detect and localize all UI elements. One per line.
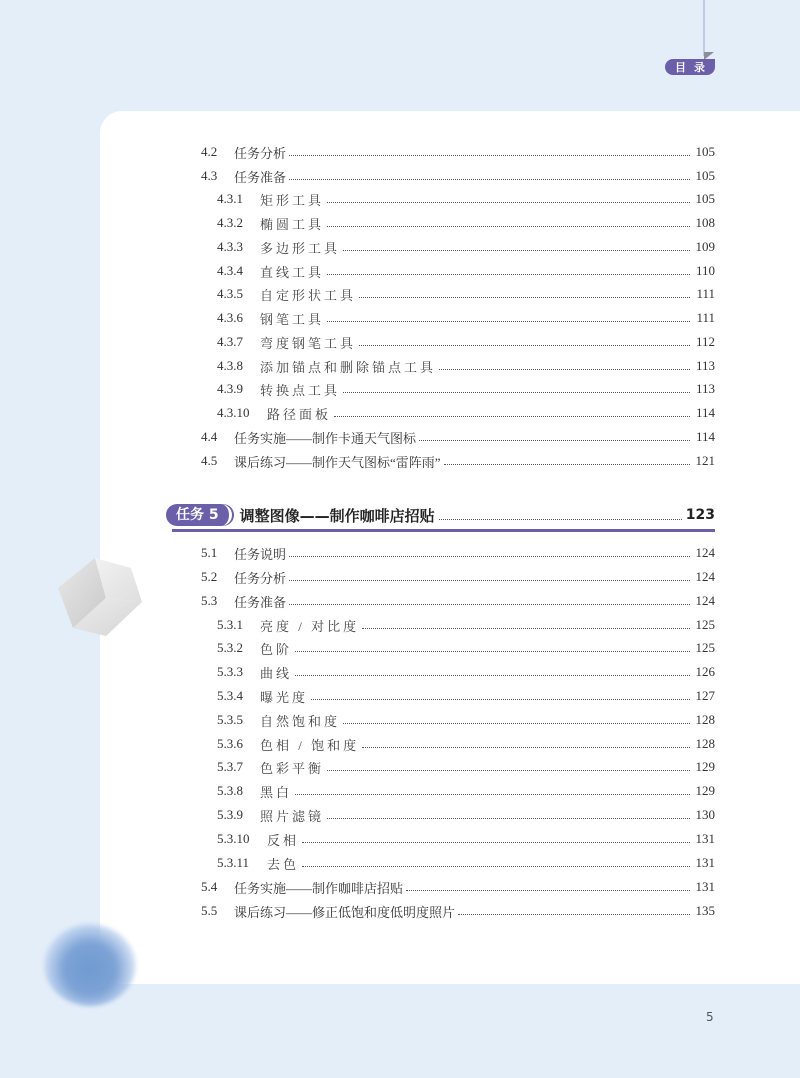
entry-number: 4.3.6 <box>217 310 260 326</box>
entry-page: 128 <box>693 736 715 752</box>
toc-entry[interactable]: 4.3.5 自定形状工具 111 <box>217 284 715 304</box>
entry-page: 124 <box>693 569 715 585</box>
entry-label: 曝光度 <box>260 687 308 706</box>
entry-number: 5.5 <box>201 903 234 919</box>
entry-page: 121 <box>693 453 715 469</box>
entry-number: 5.2 <box>201 569 234 585</box>
entry-number: 5.3.3 <box>217 664 260 680</box>
entry-label: 路径面板 <box>267 404 331 423</box>
entry-label: 多边形工具 <box>260 238 340 257</box>
entry-number: 5.3.10 <box>217 831 267 847</box>
entry-number: 5.3.7 <box>217 759 260 775</box>
toc-entry[interactable]: 5.3.2 色阶 125 <box>217 638 715 658</box>
entry-page: 113 <box>693 381 715 397</box>
toc-entry[interactable]: 5.3 任务准备 124 <box>201 591 715 611</box>
toc-entry[interactable]: 5.3.4 曝光度 127 <box>217 686 715 706</box>
entry-page: 127 <box>693 688 715 704</box>
entry-number: 5.3.11 <box>217 855 267 871</box>
entry-page: 125 <box>693 640 715 656</box>
toc-entry[interactable]: 4.3 任务准备 105 <box>201 166 715 186</box>
entry-label: 去色 <box>267 854 299 873</box>
leader-dots <box>439 519 682 520</box>
entry-number: 4.4 <box>201 429 234 445</box>
entry-page: 125 <box>693 617 715 633</box>
entry-page: 112 <box>693 334 715 350</box>
leader-dots <box>302 842 690 843</box>
entry-label: 反相 <box>267 830 299 849</box>
entry-page: 114 <box>693 405 715 421</box>
entry-number: 4.3.5 <box>217 286 260 302</box>
toc-entry[interactable]: 5.3.3 曲线 126 <box>217 662 715 682</box>
entry-number: 4.3.8 <box>217 358 260 374</box>
entry-label: 任务说明 <box>234 544 286 563</box>
toc-entry[interactable]: 5.3.11 去色 131 <box>217 853 715 873</box>
entry-label: 自定形状工具 <box>260 285 356 304</box>
entry-page: 105 <box>693 191 715 207</box>
entry-number: 5.3.1 <box>217 617 260 633</box>
chapter-underline <box>172 529 715 532</box>
entry-label: 椭圆工具 <box>260 214 324 233</box>
entry-number: 5.3.5 <box>217 712 260 728</box>
entry-page: 124 <box>693 545 715 561</box>
leader-dots <box>343 250 690 251</box>
entry-page: 110 <box>693 263 715 279</box>
entry-label: 直线工具 <box>260 262 324 281</box>
entry-number: 4.3.3 <box>217 239 260 255</box>
entry-page: 126 <box>693 664 715 680</box>
entry-page: 129 <box>693 759 715 775</box>
toc-tab-char-2: 录 <box>694 59 705 75</box>
entry-page: 105 <box>693 168 715 184</box>
leader-dots <box>343 392 690 393</box>
entry-label: 任务准备 <box>234 592 286 611</box>
entry-number: 4.3.7 <box>217 334 260 350</box>
entry-page: 108 <box>693 215 715 231</box>
leader-dots <box>334 416 690 417</box>
entry-label: 矩形工具 <box>260 190 324 209</box>
entry-page: 130 <box>693 807 715 823</box>
toc-entry[interactable]: 5.3.10 反相 131 <box>217 829 715 849</box>
chapter-heading[interactable]: 任务 5 调整图像——制作咖啡店招贴 123 <box>166 503 715 527</box>
toc-entry[interactable]: 5.3.8 黑白 129 <box>217 781 715 801</box>
entry-number: 4.5 <box>201 453 234 469</box>
entry-label: 照片滤镜 <box>260 806 324 825</box>
entry-number: 5.3.8 <box>217 783 260 799</box>
leader-dots <box>327 818 690 819</box>
toc-entry[interactable]: 4.3.4 直线工具 110 <box>217 261 715 281</box>
entry-number: 5.3.4 <box>217 688 260 704</box>
leader-dots <box>327 226 690 227</box>
cube-decoration-icon <box>56 556 146 640</box>
entry-page: 113 <box>693 358 715 374</box>
toc-entry[interactable]: 5.3.9 照片滤镜 130 <box>217 805 715 825</box>
toc-entry[interactable]: 4.4 任务实施——制作卡通天气图标 114 <box>201 427 715 447</box>
toc-entry[interactable]: 4.5 课后练习——制作天气图标“雷阵雨” 121 <box>201 451 715 471</box>
entry-number: 4.3.9 <box>217 381 260 397</box>
entry-label: 色阶 <box>260 639 292 658</box>
entry-number: 5.3.2 <box>217 640 260 656</box>
chapter-page: 123 <box>686 507 715 523</box>
leader-dots <box>362 747 690 748</box>
leader-dots <box>439 369 690 370</box>
entry-label: 课后练习——制作天气图标“雷阵雨” <box>234 452 441 471</box>
entry-number: 4.3 <box>201 168 234 184</box>
leader-dots <box>343 723 690 724</box>
entry-page: 105 <box>693 144 715 160</box>
toc-entry[interactable]: 4.2 任务分析 105 <box>201 142 715 162</box>
leader-dots <box>458 914 690 915</box>
entry-page: 111 <box>693 286 715 302</box>
entry-page: 111 <box>693 310 715 326</box>
entry-label: 课后练习——修正低饱和度低明度照片 <box>234 902 455 921</box>
leader-dots <box>359 345 690 346</box>
leader-dots <box>295 651 690 652</box>
entry-label: 弯度钢笔工具 <box>260 333 356 352</box>
entry-label: 添加锚点和删除锚点工具 <box>260 357 436 376</box>
entry-label: 曲线 <box>260 663 292 682</box>
toc-entry[interactable]: 4.3.1 矩形工具 105 <box>217 189 715 209</box>
entry-label: 任务分析 <box>234 568 286 587</box>
leader-dots <box>289 556 690 557</box>
toc-entry[interactable]: 4.3.9 转换点工具 113 <box>217 379 715 399</box>
entry-number: 5.3.9 <box>217 807 260 823</box>
toc-entry[interactable]: 5.4 任务实施——制作咖啡店招贴 131 <box>201 877 715 897</box>
entry-page: 135 <box>693 903 715 919</box>
toc-entry[interactable]: 4.3.3 多边形工具 109 <box>217 237 715 257</box>
entry-page: 114 <box>693 429 715 445</box>
entry-label: 黑白 <box>260 782 292 801</box>
entry-label: 亮度 / 对比度 <box>260 616 359 635</box>
entry-label: 任务准备 <box>234 167 286 186</box>
entry-label: 自然饱和度 <box>260 711 340 730</box>
leader-dots <box>359 297 690 298</box>
toc-entry[interactable]: 4.3.6 钢笔工具 111 <box>217 308 715 328</box>
leader-dots <box>406 890 690 891</box>
toc-entry[interactable]: 5.2 任务分析 124 <box>201 567 715 587</box>
entry-number: 5.3 <box>201 593 234 609</box>
entry-label: 色相 / 饱和度 <box>260 735 359 754</box>
toc-entry[interactable]: 4.3.2 椭圆工具 108 <box>217 213 715 233</box>
leader-dots <box>289 155 690 156</box>
leader-dots <box>327 321 690 322</box>
entry-page: 128 <box>693 712 715 728</box>
leader-dots <box>289 179 690 180</box>
leader-dots <box>295 675 690 676</box>
entry-page: 109 <box>693 239 715 255</box>
entry-page: 129 <box>693 783 715 799</box>
leader-dots <box>419 440 690 441</box>
entry-number: 4.3.2 <box>217 215 260 231</box>
toc-entry[interactable]: 4.3.10 路径面板 114 <box>217 403 715 423</box>
leader-dots <box>302 866 690 867</box>
entry-label: 任务实施——制作咖啡店招贴 <box>234 878 403 897</box>
toc-entry[interactable]: 5.1 任务说明 124 <box>201 543 715 563</box>
entry-label: 任务实施——制作卡通天气图标 <box>234 428 416 447</box>
leader-dots <box>289 580 690 581</box>
toc-tab: 目 录 <box>665 59 715 75</box>
leader-dots <box>327 274 690 275</box>
chapter-badge: 任务 5 <box>166 504 232 526</box>
entry-number: 5.4 <box>201 879 234 895</box>
toc-entry[interactable]: 5.3.1 亮度 / 对比度 125 <box>217 615 715 635</box>
toc-entry[interactable]: 5.3.6 色相 / 饱和度 128 <box>217 734 715 754</box>
entry-label: 钢笔工具 <box>260 309 324 328</box>
entry-number: 4.2 <box>201 144 234 160</box>
leader-dots <box>295 794 690 795</box>
toc-tab-char-1: 目 <box>675 59 686 75</box>
entry-page: 124 <box>693 593 715 609</box>
leader-dots <box>444 464 690 465</box>
leader-dots <box>362 628 690 629</box>
blur-circle-decoration <box>44 924 136 1006</box>
toc-entry[interactable]: 5.3.7 色彩平衡 129 <box>217 757 715 777</box>
leader-dots <box>327 770 690 771</box>
page-number: 5 <box>706 1010 714 1024</box>
hanging-line <box>703 0 705 56</box>
entry-number: 5.3.6 <box>217 736 260 752</box>
entry-label: 色彩平衡 <box>260 758 324 777</box>
entry-number: 4.3.4 <box>217 263 260 279</box>
entry-label: 转换点工具 <box>260 380 340 399</box>
leader-dots <box>289 604 690 605</box>
toc-entry[interactable]: 4.3.8 添加锚点和删除锚点工具 113 <box>217 356 715 376</box>
entry-number: 4.3.1 <box>217 191 260 207</box>
entry-number: 4.3.10 <box>217 405 267 421</box>
entry-page: 131 <box>693 879 715 895</box>
leader-dots <box>311 699 690 700</box>
toc-entry[interactable]: 5.3.5 自然饱和度 128 <box>217 710 715 730</box>
leader-dots <box>327 202 690 203</box>
toc-entry[interactable]: 4.3.7 弯度钢笔工具 112 <box>217 332 715 352</box>
entry-label: 任务分析 <box>234 143 286 162</box>
entry-page: 131 <box>693 855 715 871</box>
toc-entry[interactable]: 5.5 课后练习——修正低饱和度低明度照片 135 <box>201 901 715 921</box>
entry-page: 131 <box>693 831 715 847</box>
entry-number: 5.1 <box>201 545 234 561</box>
chapter-title: 调整图像——制作咖啡店招贴 <box>240 505 435 526</box>
